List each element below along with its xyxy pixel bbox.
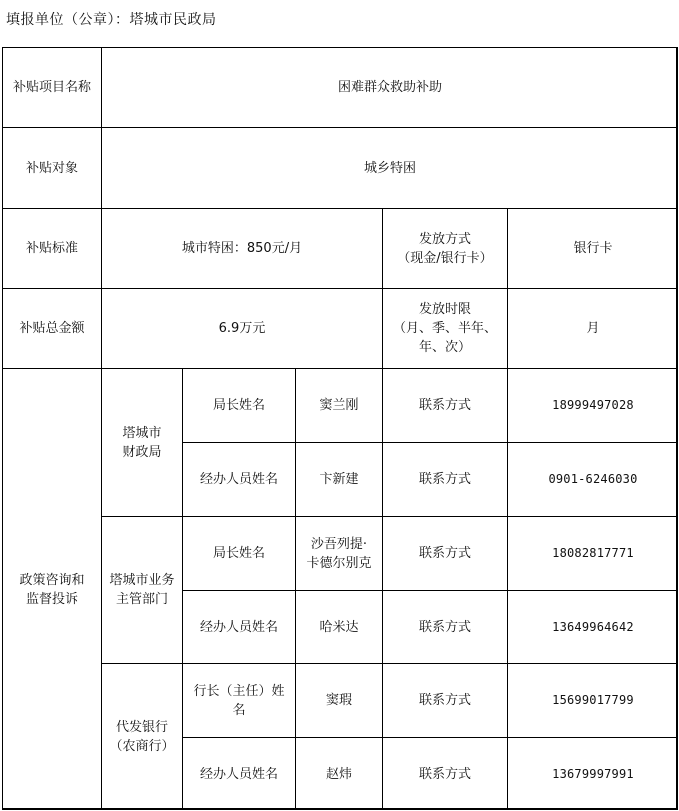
contact-label: 联系方式 bbox=[382, 737, 507, 810]
target-value: 城乡特困 bbox=[101, 127, 678, 208]
filing-unit-line: 填报单位（公章）：塔城市民政局 bbox=[6, 9, 217, 29]
org-business-department: 塔城市业务 主管部门 bbox=[101, 516, 182, 663]
total-label: 补贴总金额 bbox=[2, 288, 101, 368]
person-name: 赵炜 bbox=[295, 737, 382, 810]
payment-method-value: 银行卡 bbox=[507, 208, 678, 288]
consult-label: 政策咨询和 监督投诉 bbox=[2, 368, 101, 810]
payment-method-label: 发放方式 （现金/银行卡） bbox=[382, 208, 507, 288]
org-finance-bureau: 塔城市 财政局 bbox=[101, 368, 182, 516]
phone-number: 13649964642 bbox=[507, 590, 678, 663]
phone-number: 18999497028 bbox=[507, 368, 678, 442]
phone-number: 18082817771 bbox=[507, 516, 678, 590]
standard-label: 补贴标准 bbox=[2, 208, 101, 288]
person-name: 哈米达 bbox=[295, 590, 382, 663]
target-label: 补贴对象 bbox=[2, 127, 101, 208]
payment-period-value: 月 bbox=[507, 288, 678, 368]
contact-label: 联系方式 bbox=[382, 442, 507, 516]
role-cell: 经办人员姓名 bbox=[182, 737, 295, 810]
phone-number: 15699017799 bbox=[507, 663, 678, 737]
contact-label: 联系方式 bbox=[382, 590, 507, 663]
total-value: 6.9万元 bbox=[101, 288, 382, 368]
contact-label: 联系方式 bbox=[382, 516, 507, 590]
role-cell: 局长姓名 bbox=[182, 516, 295, 590]
role-cell: 局长姓名 bbox=[182, 368, 295, 442]
person-name: 沙吾列提· 卡德尔别克 bbox=[295, 516, 382, 590]
contact-label: 联系方式 bbox=[382, 368, 507, 442]
role-cell: 经办人员姓名 bbox=[182, 590, 295, 663]
standard-value: 城市特困：850元/月 bbox=[101, 208, 382, 288]
phone-number: 13679997991 bbox=[507, 737, 678, 810]
person-name: 卞新建 bbox=[295, 442, 382, 516]
contact-label: 联系方式 bbox=[382, 663, 507, 737]
phone-number: 0901-6246030 bbox=[507, 442, 678, 516]
payment-period-label: 发放时限 （月、季、半年、 年、次） bbox=[382, 288, 507, 368]
project-name-label: 补贴项目名称 bbox=[2, 47, 101, 127]
role-cell: 经办人员姓名 bbox=[182, 442, 295, 516]
person-name: 窦瑕 bbox=[295, 663, 382, 737]
org-issuing-bank: 代发银行 （农商行） bbox=[101, 663, 182, 810]
project-name-value: 困难群众救助补助 bbox=[101, 47, 678, 127]
person-name: 窦兰刚 bbox=[295, 368, 382, 442]
role-cell: 行长（主任）姓 名 bbox=[182, 663, 295, 737]
